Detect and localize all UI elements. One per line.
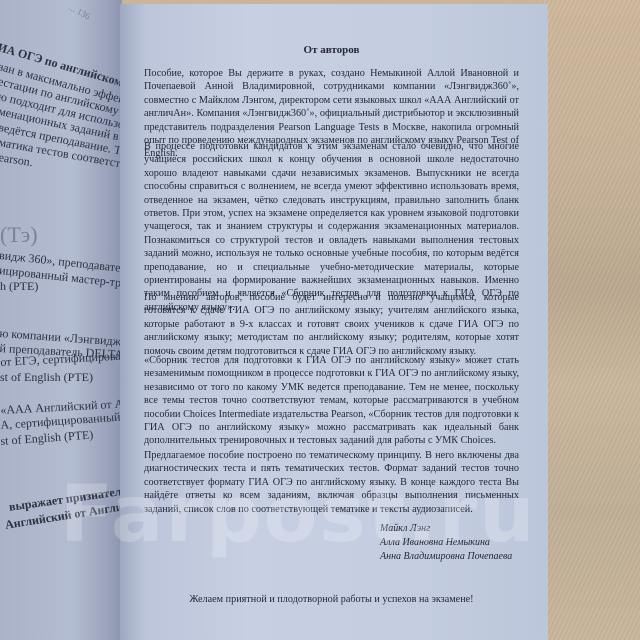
paragraph: В процессе подготовки кандидатов к этим …	[144, 140, 519, 314]
paragraph: «Сборник тестов для подготовки к ГИА ОГЭ…	[144, 354, 519, 448]
signature: Анна Владимировна Почепаева	[380, 550, 512, 563]
fur-background	[540, 0, 640, 640]
right-page: От авторов Пособие, которое Вы держите в…	[120, 4, 548, 640]
signature: Майкл Лэнг	[380, 522, 430, 535]
page-title: От авторов	[144, 44, 519, 57]
left-page-text: h (PTE)	[0, 279, 38, 294]
paragraph: По мнению авторов, пособие будет интерес…	[144, 291, 519, 358]
signature: Алла Ивановна Немыкина	[380, 536, 490, 549]
left-page-text: st of English (PTE)	[0, 370, 93, 385]
left-page-heading-faint: (Тэ)	[0, 222, 38, 248]
left-page-header: ... 136	[67, 2, 92, 21]
closing-line: Желаем приятной и плодотворной работы и …	[144, 593, 519, 606]
paragraph: Предлагаемое пособие построено по темати…	[144, 449, 519, 516]
left-page: ... 136 ИА ОГЭ по английскому язы ван в …	[0, 0, 122, 640]
